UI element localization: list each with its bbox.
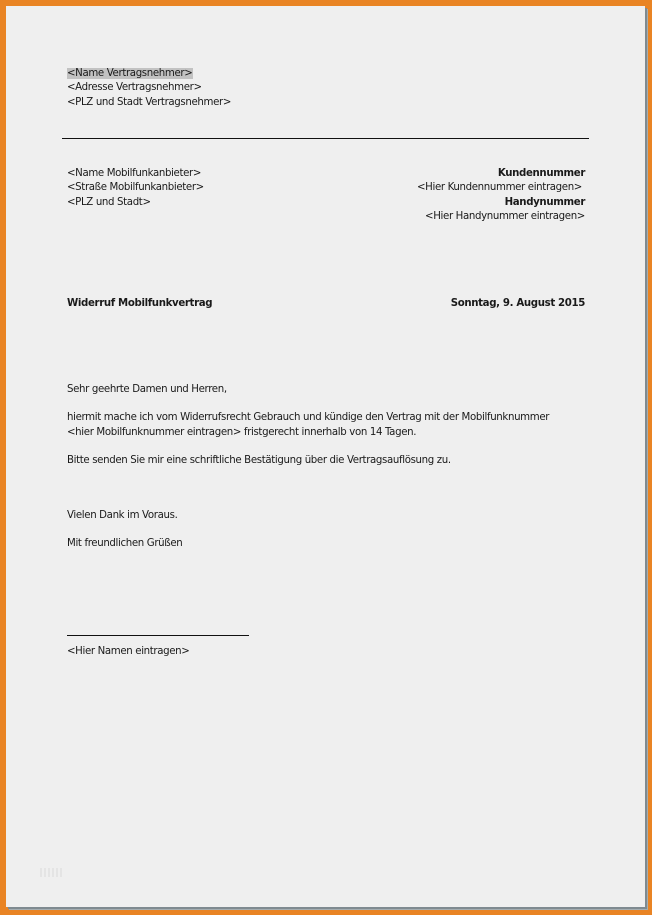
recipient-city-field[interactable]: <PLZ und Stadt> xyxy=(67,196,151,211)
closing-line: Mit freundlichen Grüßen xyxy=(67,537,182,552)
body-paragraph-1-line-1: hiermit mache ich vom Widerrufsrecht Geb… xyxy=(67,411,549,426)
sender-city-field[interactable]: <PLZ und Stadt Vertragsnehmer> xyxy=(67,96,231,111)
customer-number-field[interactable]: <Hier Kundennummer eintragen> xyxy=(417,181,582,196)
faint-watermark xyxy=(40,868,64,877)
body-paragraph-1-line-2: <hier Mobilfunknummer eintragen> fristge… xyxy=(67,426,416,441)
thanks-line: Vielen Dank im Voraus. xyxy=(67,509,177,524)
signature-line xyxy=(67,635,249,636)
recipient-name-field[interactable]: <Name Mobilfunkanbieter> xyxy=(67,167,201,182)
header-separator xyxy=(62,138,589,139)
phone-number-field[interactable]: <Hier Handynummer eintragen> xyxy=(425,210,585,225)
document-page: <Name Vertragsnehmer> <Adresse Vertragsn… xyxy=(6,6,645,907)
recipient-street-field[interactable]: <Straße Mobilfunkanbieter> xyxy=(67,181,204,196)
letter: <Name Vertragsnehmer> <Adresse Vertragsn… xyxy=(6,6,645,907)
phone-number-label: Handynummer xyxy=(505,196,585,211)
sender-address-field[interactable]: <Adresse Vertragsnehmer> xyxy=(67,81,202,96)
salutation: Sehr geehrte Damen und Herren, xyxy=(67,383,227,398)
sender-name-field[interactable]: <Name Vertragsnehmer> xyxy=(67,68,193,79)
letter-date: Sonntag, 9. August 2015 xyxy=(451,297,585,312)
subject-line: Widerruf Mobilfunkvertrag xyxy=(67,297,212,312)
body-paragraph-2: Bitte senden Sie mir eine schriftliche B… xyxy=(67,454,451,469)
signature-name-field[interactable]: <Hier Namen eintragen> xyxy=(67,645,189,660)
customer-number-label: Kundennummer xyxy=(498,167,585,182)
document-frame: <Name Vertragsnehmer> <Adresse Vertragsn… xyxy=(0,0,652,915)
